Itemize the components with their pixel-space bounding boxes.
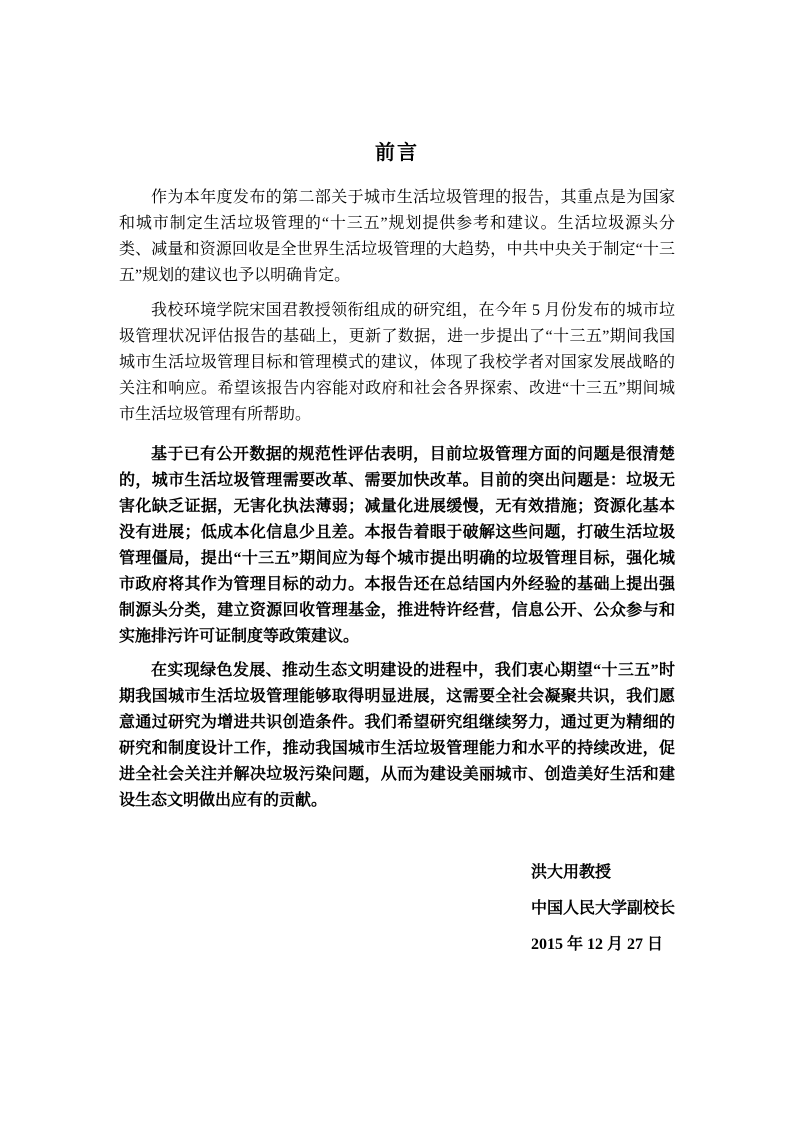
- signature-date: 2015 年 12 月 27 日: [531, 932, 675, 958]
- paragraph-research-group: 我校环境学院宋国君教授领衔组成的研究组，在今年 5 月份发布的城市垃圾管理状况评…: [119, 298, 675, 428]
- page-title: 前言: [119, 140, 675, 166]
- paragraph-outlook: 在实现绿色发展、推动生态文明建设的进程中，我们衷心期望“十三五”时期我国城市生活…: [119, 658, 675, 814]
- signature-name: 洪大用教授: [531, 860, 675, 886]
- signature-position: 中国人民大学副校长: [531, 896, 675, 922]
- paragraph-assessment-findings: 基于已有公开数据的规范性评估表明，目前垃圾管理方面的问题是很清楚的，城市生活垃圾…: [119, 442, 675, 650]
- document-page: 前言 作为本年度发布的第二部关于城市生活垃圾管理的报告，其重点是为国家和城市制定…: [0, 0, 794, 1123]
- paragraph-report-purpose: 作为本年度发布的第二部关于城市生活垃圾管理的报告，其重点是为国家和城市制定生活垃…: [119, 185, 675, 289]
- signature-block: 洪大用教授 中国人民大学副校长 2015 年 12 月 27 日: [531, 860, 675, 958]
